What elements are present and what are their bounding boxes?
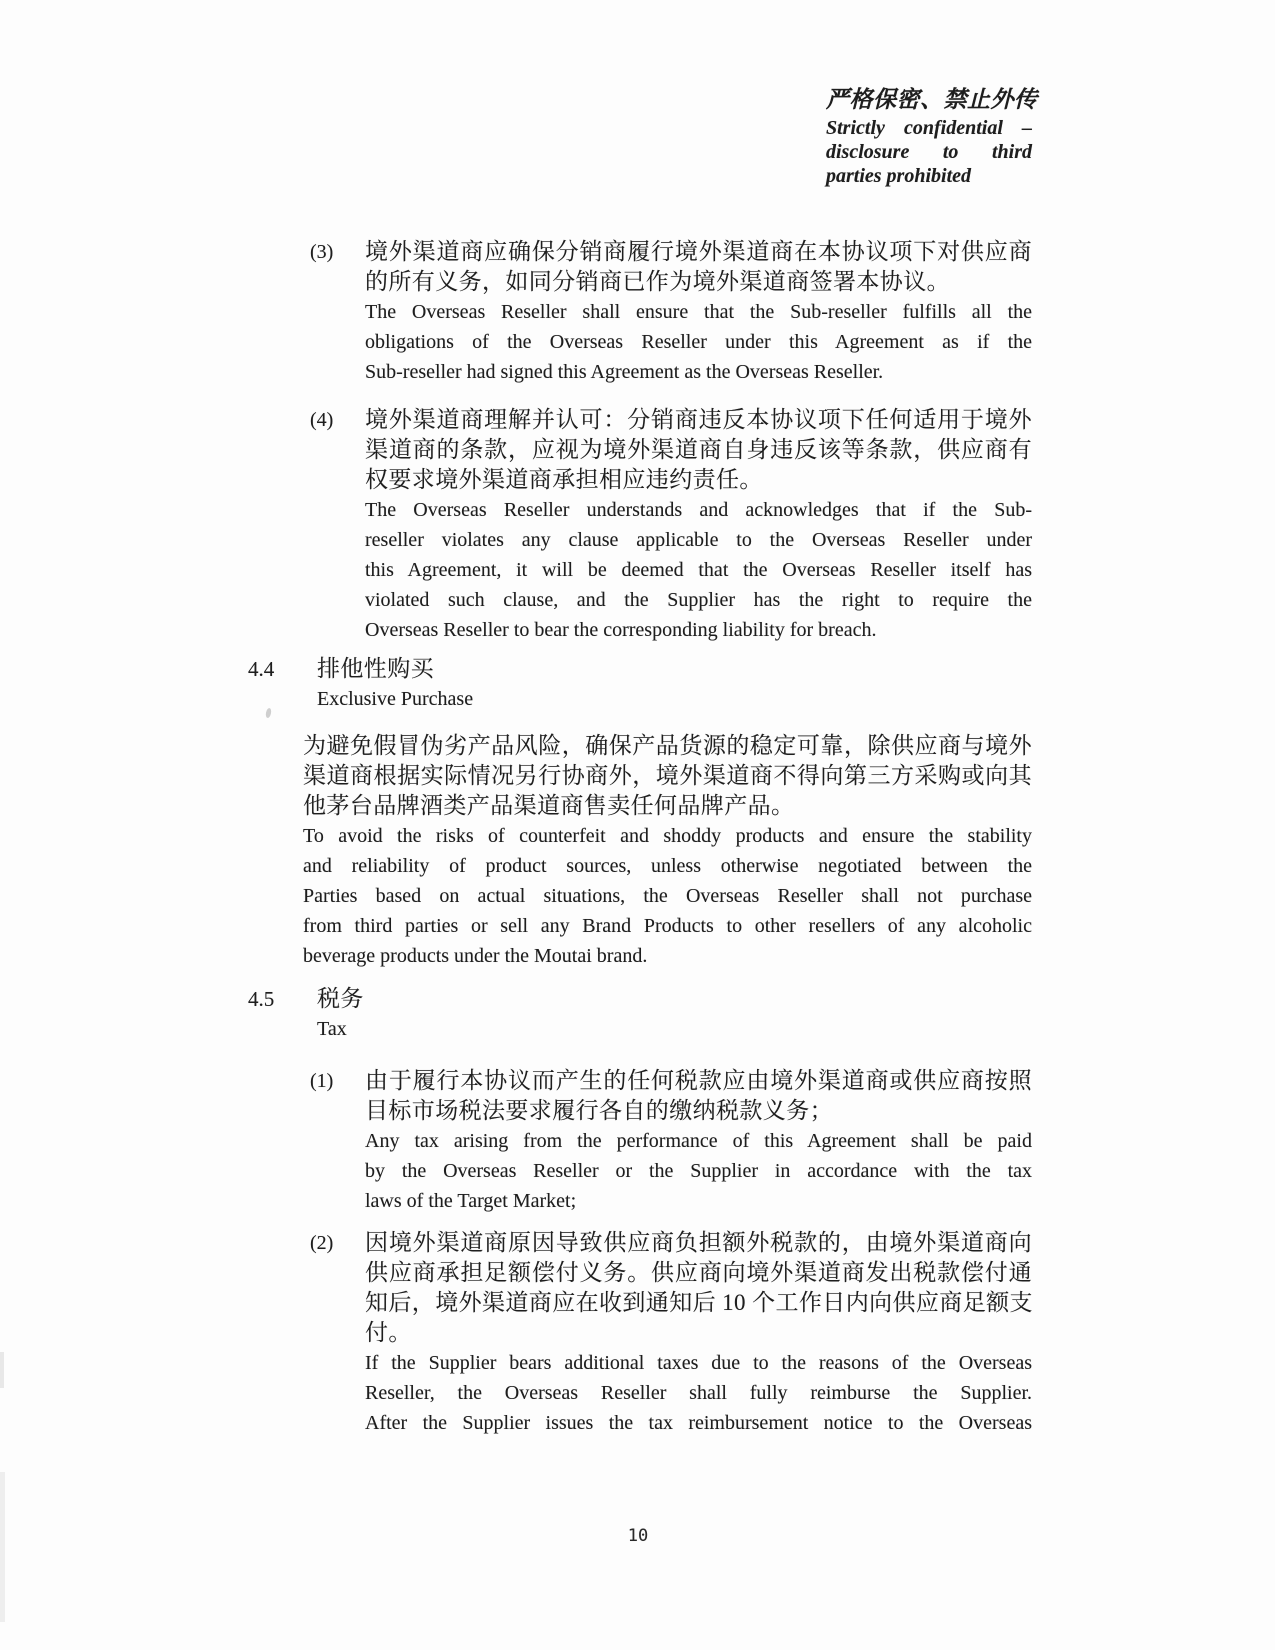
text-line: To avoid the risks of counterfeit and sh… <box>303 821 1032 851</box>
notice-chinese: 严格保密、禁止外传 <box>826 84 1032 116</box>
text-line: 渠道商的条款，应视为境外渠道商自身违反该等条款，供应商有 <box>365 435 1032 465</box>
text-line: from third parties or sell any Brand Pro… <box>303 911 1032 941</box>
text-line: 知后，境外渠道商应在收到通知后 10 个工作日内向供应商足额支 <box>365 1288 1032 1318</box>
text-line: Reseller, the Overseas Reseller shall fu… <box>365 1378 1032 1408</box>
scan-artifact <box>0 1352 4 1388</box>
text-line: The Overseas Reseller shall ensure that … <box>365 297 1032 327</box>
text-line: reseller violates any clause applicable … <box>365 525 1032 555</box>
clause-number: (3) <box>310 237 333 267</box>
section-title-english: Exclusive Purchase <box>317 684 1032 714</box>
clause-text: 因境外渠道商原因导致供应商负担额外税款的，由境外渠道商向供应商承担足额偿付义务。… <box>365 1228 1032 1438</box>
text-line: 由于履行本协议而产生的任何税款应由境外渠道商或供应商按照 <box>365 1066 1032 1096</box>
text-line: 境外渠道商理解并认可：分销商违反本协议项下任何适用于境外 <box>365 405 1032 435</box>
section-title-chinese: 排他性购买 <box>317 654 1032 684</box>
section-number: 4.5 <box>248 984 274 1014</box>
clause-chinese: 境外渠道商应确保分销商履行境外渠道商在本协议项下对供应商的所有义务，如同分销商已… <box>365 237 1032 297</box>
confidentiality-notice: 严格保密、禁止外传 Strictly confidential –disclos… <box>826 84 1032 188</box>
text-line: After the Supplier issues the tax reimbu… <box>365 1408 1032 1438</box>
section-number: 4.4 <box>248 654 274 684</box>
text-line: Any tax arising from the performance of … <box>365 1126 1032 1156</box>
clause-chinese: 境外渠道商理解并认可：分销商违反本协议项下任何适用于境外渠道商的条款，应视为境外… <box>365 405 1032 495</box>
section-title-english: Tax <box>317 1014 1032 1044</box>
section-titles: 税务 Tax <box>317 984 1032 1044</box>
text-line: disclosure to third <box>826 140 1032 164</box>
text-line: 目标市场税法要求履行各自的缴纳税款义务； <box>365 1096 1032 1126</box>
clause-text: 境外渠道商应确保分销商履行境外渠道商在本协议项下对供应商的所有义务，如同分销商已… <box>365 237 1032 387</box>
clause-text: 由于履行本协议而产生的任何税款应由境外渠道商或供应商按照目标市场税法要求履行各自… <box>365 1066 1032 1216</box>
clause-english: If the Supplier bears additional taxes d… <box>365 1348 1032 1438</box>
text-line: The Overseas Reseller understands and ac… <box>365 495 1032 525</box>
text-line: 因境外渠道商原因导致供应商负担额外税款的，由境外渠道商向 <box>365 1228 1032 1258</box>
text-line: and reliability of product sources, unle… <box>303 851 1032 881</box>
text-line: laws of the Target Market; <box>365 1186 1032 1216</box>
text-line: beverage products under the Moutai brand… <box>303 941 1032 971</box>
paragraph-english: To avoid the risks of counterfeit and sh… <box>303 821 1032 971</box>
text-line: Parties based on actual situations, the … <box>303 881 1032 911</box>
clause-english: The Overseas Reseller shall ensure that … <box>365 297 1032 387</box>
clause-number: (2) <box>310 1228 333 1258</box>
clause-item-4: (4) 境外渠道商理解并认可：分销商违反本协议项下任何适用于境外渠道商的条款，应… <box>310 405 1032 645</box>
section-4-5-heading: 4.5 税务 Tax <box>248 984 1032 1044</box>
text-line: If the Supplier bears additional taxes d… <box>365 1348 1032 1378</box>
text-line: Sub-reseller had signed this Agreement a… <box>365 357 1032 387</box>
scan-artifact <box>265 708 272 719</box>
section-4-4-body: 为避免假冒伪劣产品风险，确保产品货源的稳定可靠，除供应商与境外渠道商根据实际情况… <box>303 731 1032 971</box>
text-line: 为避免假冒伪劣产品风险，确保产品货源的稳定可靠，除供应商与境外 <box>303 731 1032 761</box>
clause-chinese: 由于履行本协议而产生的任何税款应由境外渠道商或供应商按照目标市场税法要求履行各自… <box>365 1066 1032 1126</box>
clause-item-1: (1) 由于履行本协议而产生的任何税款应由境外渠道商或供应商按照目标市场税法要求… <box>310 1066 1032 1216</box>
section-title-chinese: 税务 <box>317 984 1032 1014</box>
text-line: this Agreement, it will be deemed that t… <box>365 555 1032 585</box>
text-line: obligations of the Overseas Reseller und… <box>365 327 1032 357</box>
document-page: 严格保密、禁止外传 Strictly confidential –disclos… <box>0 0 1275 1650</box>
paragraph-chinese: 为避免假冒伪劣产品风险，确保产品货源的稳定可靠，除供应商与境外渠道商根据实际情况… <box>303 731 1032 821</box>
text-line: 渠道商根据实际情况另行协商外，境外渠道商不得向第三方采购或向其 <box>303 761 1032 791</box>
section-4-4-heading: 4.4 排他性购买 Exclusive Purchase <box>248 654 1032 714</box>
text-line: 他茅台品牌酒类产品渠道商售卖任何品牌产品。 <box>303 791 1032 821</box>
text-line: violated such clause, and the Supplier h… <box>365 585 1032 615</box>
text-line: 供应商承担足额偿付义务。供应商向境外渠道商发出税款偿付通 <box>365 1258 1032 1288</box>
scan-artifact <box>0 1472 5 1622</box>
text-line: 境外渠道商应确保分销商履行境外渠道商在本协议项下对供应商 <box>365 237 1032 267</box>
clause-item-2: (2) 因境外渠道商原因导致供应商负担额外税款的，由境外渠道商向供应商承担足额偿… <box>310 1228 1032 1438</box>
section-titles: 排他性购买 Exclusive Purchase <box>317 654 1032 714</box>
clause-number: (1) <box>310 1066 333 1096</box>
page-number: 10 <box>598 1526 678 1546</box>
clause-text: 境外渠道商理解并认可：分销商违反本协议项下任何适用于境外渠道商的条款，应视为境外… <box>365 405 1032 645</box>
text-line: 付。 <box>365 1318 1032 1348</box>
clause-english: Any tax arising from the performance of … <box>365 1126 1032 1216</box>
clause-item-3: (3) 境外渠道商应确保分销商履行境外渠道商在本协议项下对供应商的所有义务，如同… <box>310 237 1032 387</box>
text-line: by the Overseas Reseller or the Supplier… <box>365 1156 1032 1186</box>
text-line: Overseas Reseller to bear the correspond… <box>365 615 1032 645</box>
text-line: 权要求境外渠道商承担相应违约责任。 <box>365 465 1032 495</box>
clause-english: The Overseas Reseller understands and ac… <box>365 495 1032 645</box>
notice-english: Strictly confidential –disclosure to thi… <box>826 116 1032 188</box>
clause-chinese: 因境外渠道商原因导致供应商负担额外税款的，由境外渠道商向供应商承担足额偿付义务。… <box>365 1228 1032 1348</box>
text-line: parties prohibited <box>826 164 1032 188</box>
text-line: 的所有义务，如同分销商已作为境外渠道商签署本协议。 <box>365 267 1032 297</box>
clause-number: (4) <box>310 405 333 435</box>
text-line: Strictly confidential – <box>826 116 1032 140</box>
